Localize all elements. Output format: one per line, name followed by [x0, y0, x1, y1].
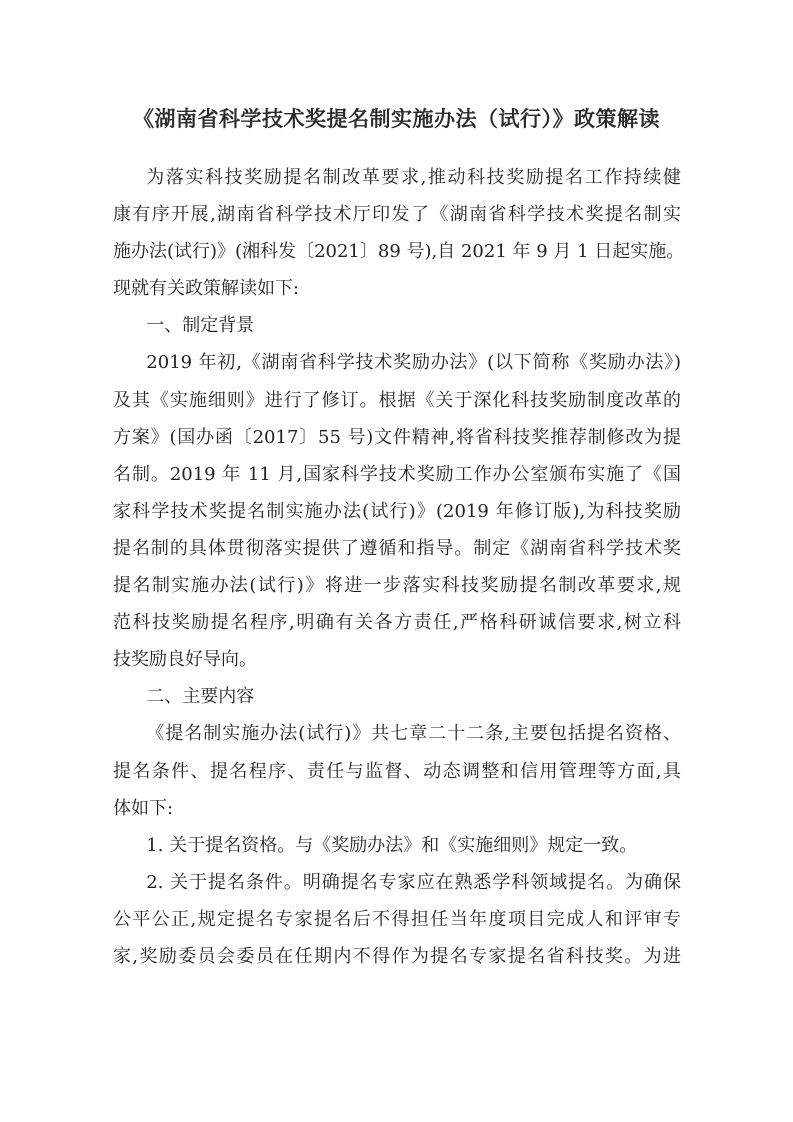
document-title: 《湖南省科学技术奖提名制实施办法（试行）》政策解读	[0, 103, 793, 136]
text-line: 《提名制实施办法(试行)》共七章二十二条,主要包括提名资格、	[113, 715, 681, 752]
section-heading-line: 二、主要内容	[113, 678, 681, 715]
text-line: 2019 年初,《湖南省科学技术奖励办法》(以下简称《奖励办法》)	[113, 344, 681, 381]
text-line: 提名条件、提名程序、责任与监督、动态调整和信用管理等方面,具	[113, 753, 681, 790]
text-line: 及其《实施细则》进行了修订。根据《关于深化科技奖励制度改革的	[113, 382, 681, 419]
text-line: 方案》(国办函〔2017〕55 号)文件精神,将省科技奖推荐制修改为提	[113, 419, 681, 456]
text-line: 1. 关于提名资格。与《奖励办法》和《实施细则》规定一致。	[113, 827, 681, 864]
document-page: 《湖南省科学技术奖提名制实施办法（试行）》政策解读 为落实科技奖励提名制改革要求…	[0, 0, 793, 1122]
text-line: 技奖励良好导向。	[113, 641, 681, 678]
text-line: 名制。2019 年 11 月,国家科学技术奖励工作办公室颁布实施了《国	[113, 456, 681, 493]
text-line: 提名制实施办法(试行)》将进一步落实科技奖励提名制改革要求,规	[113, 567, 681, 604]
text-line: 体如下:	[113, 790, 681, 827]
text-line: 公平公正,规定提名专家提名后不得担任当年度项目完成人和评审专	[113, 901, 681, 938]
text-line: 家科学技术奖提名制实施办法(试行)》(2019 年修订版),为科技奖励	[113, 493, 681, 530]
document-body: 为落实科技奖励提名制改革要求,推动科技奖励提名工作持续健 康有序开展,湖南省科学…	[113, 159, 681, 975]
text-line: 施办法(试行)》(湘科发〔2021〕89 号),自 2021 年 9 月 1 日…	[113, 233, 681, 270]
text-line: 康有序开展,湖南省科学技术厅印发了《湖南省科学技术奖提名制实	[113, 196, 681, 233]
text-line: 现就有关政策解读如下:	[113, 270, 681, 307]
text-line: 提名制的具体贯彻落实提供了遵循和指导。制定《湖南省科学技术奖	[113, 530, 681, 567]
text-line: 为落实科技奖励提名制改革要求,推动科技奖励提名工作持续健	[113, 159, 681, 196]
text-line: 范科技奖励提名程序,明确有关各方责任,严格科研诚信要求,树立科	[113, 604, 681, 641]
section-heading-line: 一、制定背景	[113, 307, 681, 344]
text-line: 2. 关于提名条件。明确提名专家应在熟悉学科领域提名。为确保	[113, 864, 681, 901]
text-line: 家,奖励委员会委员在任期内不得作为提名专家提名省科技奖。为进	[113, 938, 681, 975]
